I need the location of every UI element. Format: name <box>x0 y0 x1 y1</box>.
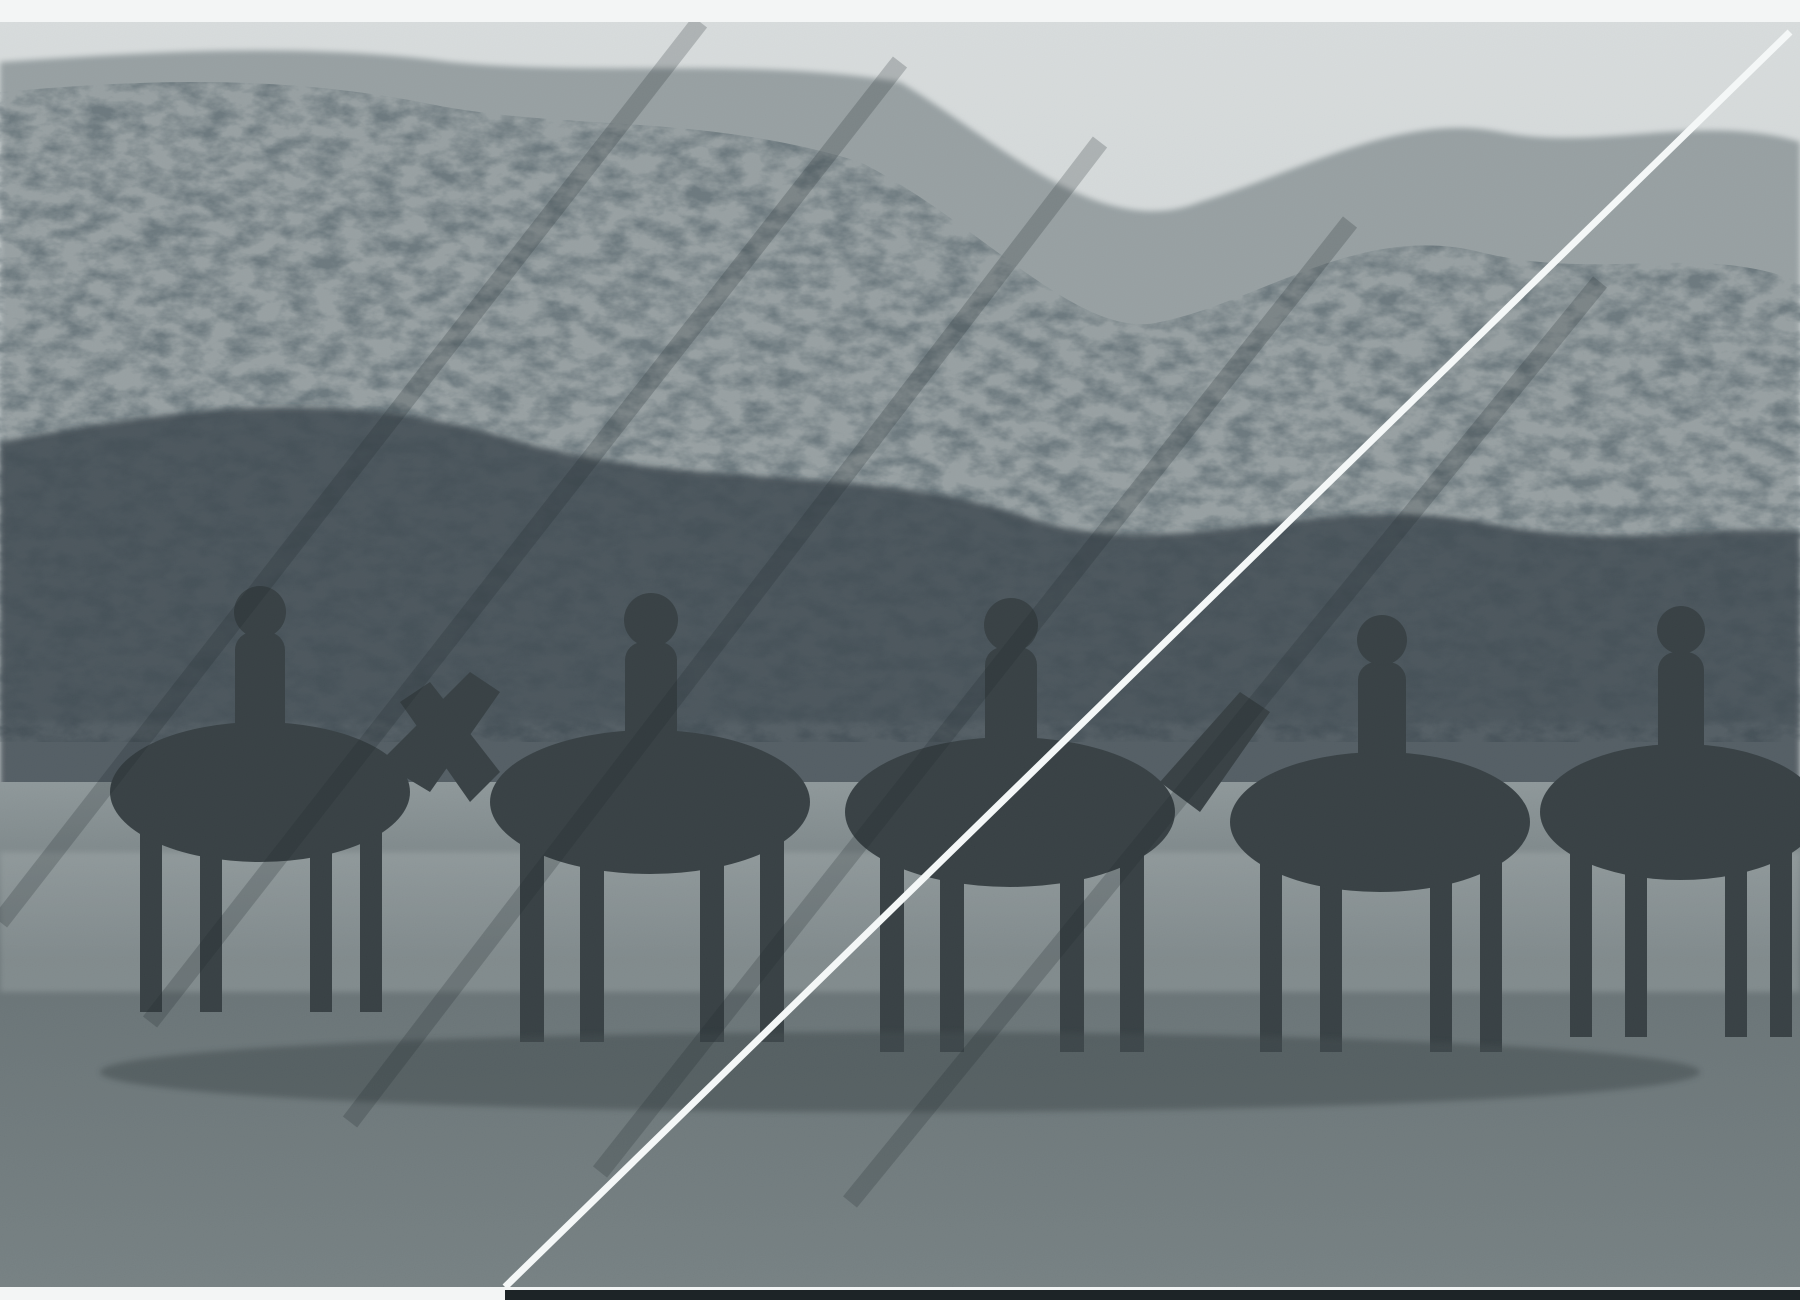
photo-bottom-edge <box>505 1290 1800 1300</box>
photo-frame <box>0 0 1800 1300</box>
photograph <box>0 22 1800 1287</box>
photo-canvas <box>0 22 1800 1287</box>
